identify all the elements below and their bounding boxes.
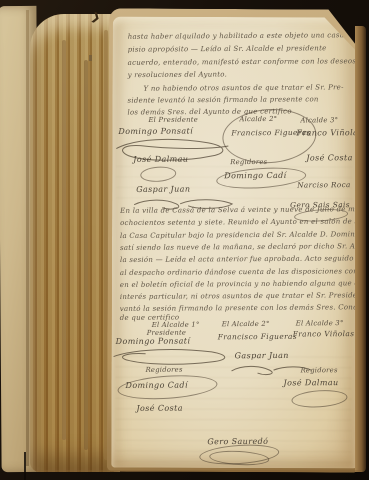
regidores-label: Regidores [230,158,267,166]
opening-line: pisio apropósito — Leído al Sr. Alcalde … [128,44,327,53]
opening-line: hasta haber alquilado y habilitado a est… [128,31,344,41]
session-line: al despacho ordinario dándose cuenta de … [120,267,369,277]
signature-alcalde3: Franco Viñolas [293,329,355,338]
signature-juan: Gaspar Juan [136,185,190,194]
session-line: la Casa Capitular bajo la presidencia de… [120,230,369,240]
president-title: El Presidente [148,116,198,124]
page-edge-streak [84,60,88,450]
regidores-label-right: Regidores [301,366,338,374]
regidores-label-left: Regidores [146,366,183,374]
session-line: interés particular, ni otros asuntos de … [120,291,369,301]
signature-dalmau: José Dalmau [133,155,188,164]
rubric-oval [140,166,177,183]
rubric-flourish-icon [112,347,234,367]
manuscript-page: hasta haber alquilado y habilitado a est… [111,17,359,469]
signature-costa: José Costa [136,404,182,413]
session-line: En la villa de Cassá de la Selva á veint… [120,205,360,215]
signature-president: Domingo Ponsatí [118,126,193,136]
signature-alcalde2: Francisco Figueras [218,332,297,342]
session-line: la sesión — Leída el acta anterior fue a… [120,254,369,264]
session-line: vantó la sesión firmando la presente con… [120,303,369,313]
signature-dalmau: José Dalmau [283,378,338,387]
alcalde2-title: Alcalde 2° [239,115,277,123]
opening-line: y resoluciones del Ayunto. [128,70,228,79]
signature-cadi: Domingo Cadí [224,171,286,180]
cover-fold-line [26,10,29,466]
signature-roca: Narciso Roca [297,180,351,189]
closing-line: Y no habiendo otros asuntos de que trata… [144,83,344,92]
signature-cadi: Domingo Cadí [125,381,187,390]
right-fore-edge [355,26,366,472]
opening-line: acuerdo, enterado, manifestó estar confo… [128,57,357,67]
photo-frame: hasta haber alquilado y habilitado a est… [0,0,369,480]
signature-juan: Gaspar Juan [235,351,289,360]
session-line: ochocientos setenta y siete. Reunido el … [120,217,369,227]
page-edge-streak [62,40,66,440]
signature-president: Domingo Ponsatí [116,336,191,346]
margin-mark [89,55,92,61]
rubric-oval [291,388,348,409]
signature-costa: José Costa [306,153,352,162]
alcalde3-title: Alcalde 3° [300,116,338,124]
signature-alcalde3: Franco Viñolas [296,128,362,137]
alcalde3-title: El Alcalde 3° [296,319,344,327]
closing-line: sidente levantó la sesión firmando la pr… [127,95,318,104]
table-edge-highlight [36,470,362,472]
bookmark-stick [24,452,26,480]
alcalde2-title: El Alcalde 2° [222,320,270,328]
session-line: satí siendo las nueve de la mañana, se d… [120,242,369,252]
session-line: en el boletín oficial de la provincia y … [120,279,369,289]
